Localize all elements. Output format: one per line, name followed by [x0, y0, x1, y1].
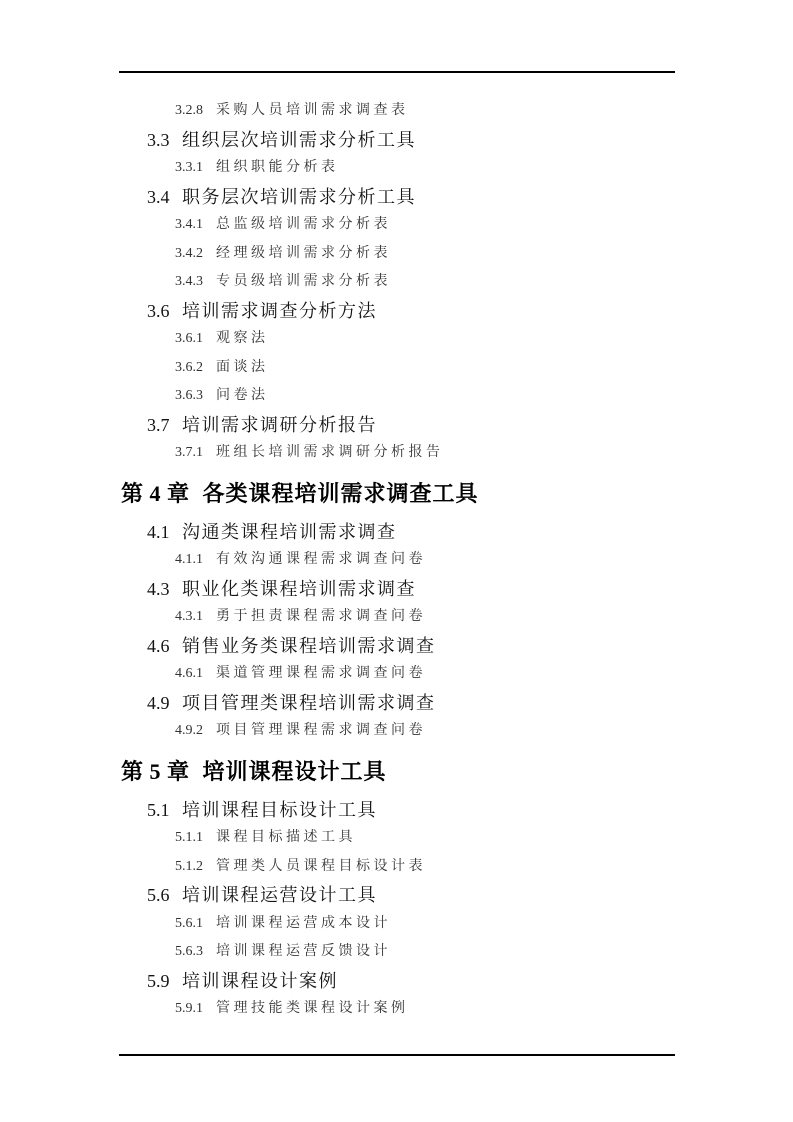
toc-entry-title: 职业化类课程培训需求调查 [182, 575, 416, 604]
toc-entry: 3.6培训需求调查分析方法 [147, 297, 680, 326]
toc-entry: 3.2.8采购人员培训需求调查表 [175, 97, 680, 126]
toc-entry-number: 4.6.1 [175, 660, 216, 689]
toc-entry: 5.9.1管理技能类课程设计案例 [175, 995, 680, 1024]
toc-entry-number: 5.6.1 [175, 910, 216, 939]
toc-entry-number: 4.9 [147, 689, 182, 718]
toc-entry: 3.7.1班组长培训需求调研分析报告 [175, 439, 680, 468]
toc-entry-title: 组织职能分析表 [216, 154, 339, 183]
toc-entry-number: 3.4.3 [175, 268, 216, 297]
toc-entry-title: 沟通类课程培训需求调查 [182, 518, 397, 547]
toc-entry-number: 3.7.1 [175, 439, 216, 468]
toc-entry-number: 5.6.3 [175, 938, 216, 967]
toc-entry-number: 5.9.1 [175, 995, 216, 1024]
toc-entry-title: 管理技能类课程设计案例 [216, 995, 409, 1024]
toc-entry-number: 3.4.2 [175, 240, 216, 269]
toc-entry-title: 培训课程运营成本设计 [216, 910, 391, 939]
toc-entry: 3.6.1观察法 [175, 325, 680, 354]
toc-entry-title: 问卷法 [216, 382, 269, 411]
toc-entry-title: 职务层次培训需求分析工具 [182, 183, 416, 212]
toc-entry-number: 4.1 [147, 518, 182, 547]
toc-entry-number: 3.3 [147, 126, 182, 155]
footer-rule [119, 1054, 675, 1056]
toc-entry-number: 5.6 [147, 881, 182, 910]
toc-entry-number: 4.3 [147, 575, 182, 604]
toc-chapter-heading: 第 5 章培训课程设计工具 [121, 754, 680, 790]
toc-entry: 5.1.2管理类人员课程目标设计表 [175, 853, 680, 882]
toc-entry-number: 5.9 [147, 967, 182, 996]
toc-entry-title: 经理级培训需求分析表 [216, 240, 391, 269]
toc-entry-title: 培训课程设计案例 [182, 967, 338, 996]
toc-entry: 5.1.1课程目标描述工具 [175, 824, 680, 853]
toc-entry-title: 培训课程设计工具 [203, 754, 387, 790]
toc-entry: 5.1培训课程目标设计工具 [147, 796, 680, 825]
toc-entry: 5.6培训课程运营设计工具 [147, 881, 680, 910]
toc-entry: 4.9.2项目管理课程需求调查问卷 [175, 717, 680, 746]
toc-entry-title: 渠道管理课程需求调查问卷 [216, 660, 426, 689]
toc-entry-title: 培训课程运营反馈设计 [216, 938, 391, 967]
toc-entry-title: 销售业务类课程培训需求调查 [182, 632, 436, 661]
toc-entry: 5.6.3培训课程运营反馈设计 [175, 938, 680, 967]
toc-entry-number: 3.4.1 [175, 211, 216, 240]
toc-entry-title: 培训课程目标设计工具 [182, 796, 377, 825]
toc-entry: 4.3.1勇于担责课程需求调查问卷 [175, 603, 680, 632]
toc-entry-title: 班组长培训需求调研分析报告 [216, 439, 444, 468]
toc-entry: 4.6.1渠道管理课程需求调查问卷 [175, 660, 680, 689]
document-page: 3.2.8采购人员培训需求调查表 3.3组织层次培训需求分析工具 3.3.1组织… [0, 0, 793, 1122]
toc-entry: 3.4职务层次培训需求分析工具 [147, 183, 680, 212]
toc-entry-number: 第 5 章 [121, 754, 190, 790]
toc-entry-number: 3.4 [147, 183, 182, 212]
toc-entry: 5.9培训课程设计案例 [147, 967, 680, 996]
toc-entry-title: 专员级培训需求分析表 [216, 268, 391, 297]
toc-entry-title: 总监级培训需求分析表 [216, 211, 391, 240]
table-of-contents: 3.2.8采购人员培训需求调查表 3.3组织层次培训需求分析工具 3.3.1组织… [120, 97, 680, 1024]
toc-entry-number: 5.1 [147, 796, 182, 825]
toc-entry-number: 3.7 [147, 411, 182, 440]
toc-entry-number: 3.6.1 [175, 325, 216, 354]
toc-entry: 3.3.1组织职能分析表 [175, 154, 680, 183]
header-rule [119, 71, 675, 73]
toc-entry-title: 采购人员培训需求调查表 [216, 97, 409, 126]
toc-entry-number: 3.6.3 [175, 382, 216, 411]
toc-entry: 4.1沟通类课程培训需求调查 [147, 518, 680, 547]
toc-entry-number: 3.6 [147, 297, 182, 326]
toc-entry-number: 3.2.8 [175, 97, 216, 126]
toc-entry-number: 4.6 [147, 632, 182, 661]
toc-entry: 5.6.1培训课程运营成本设计 [175, 910, 680, 939]
toc-entry-number: 3.6.2 [175, 354, 216, 383]
toc-entry: 3.7培训需求调研分析报告 [147, 411, 680, 440]
toc-entry-number: 5.1.2 [175, 853, 216, 882]
toc-entry-title: 勇于担责课程需求调查问卷 [216, 603, 426, 632]
toc-entry-title: 课程目标描述工具 [216, 824, 356, 853]
toc-entry-title: 观察法 [216, 325, 269, 354]
toc-entry-title: 有效沟通课程需求调查问卷 [216, 546, 426, 575]
toc-entry-number: 3.3.1 [175, 154, 216, 183]
toc-entry-title: 组织层次培训需求分析工具 [182, 126, 416, 155]
toc-entry-number: 4.1.1 [175, 546, 216, 575]
toc-entry-number: 5.1.1 [175, 824, 216, 853]
toc-entry-number: 4.3.1 [175, 603, 216, 632]
toc-entry-number: 4.9.2 [175, 717, 216, 746]
toc-entry: 4.6销售业务类课程培训需求调查 [147, 632, 680, 661]
toc-entry: 4.1.1有效沟通课程需求调查问卷 [175, 546, 680, 575]
toc-entry: 3.6.2面谈法 [175, 354, 680, 383]
toc-entry-title: 培训需求调研分析报告 [182, 411, 377, 440]
toc-entry: 4.3职业化类课程培训需求调查 [147, 575, 680, 604]
toc-entry: 3.6.3问卷法 [175, 382, 680, 411]
toc-entry: 3.3组织层次培训需求分析工具 [147, 126, 680, 155]
toc-entry-title: 项目管理类课程培训需求调查 [182, 689, 436, 718]
toc-entry-title: 各类课程培训需求调查工具 [203, 476, 479, 512]
toc-entry: 3.4.3专员级培训需求分析表 [175, 268, 680, 297]
toc-entry-title: 项目管理课程需求调查问卷 [216, 717, 426, 746]
toc-entry: 3.4.2经理级培训需求分析表 [175, 240, 680, 269]
toc-entry-title: 管理类人员课程目标设计表 [216, 853, 426, 882]
toc-entry: 3.4.1总监级培训需求分析表 [175, 211, 680, 240]
toc-entry-number: 第 4 章 [121, 476, 190, 512]
toc-entry-title: 培训需求调查分析方法 [182, 297, 377, 326]
toc-chapter-heading: 第 4 章各类课程培训需求调查工具 [121, 476, 680, 512]
toc-entry: 4.9项目管理类课程培训需求调查 [147, 689, 680, 718]
toc-entry-title: 培训课程运营设计工具 [182, 881, 377, 910]
toc-entry-title: 面谈法 [216, 354, 269, 383]
